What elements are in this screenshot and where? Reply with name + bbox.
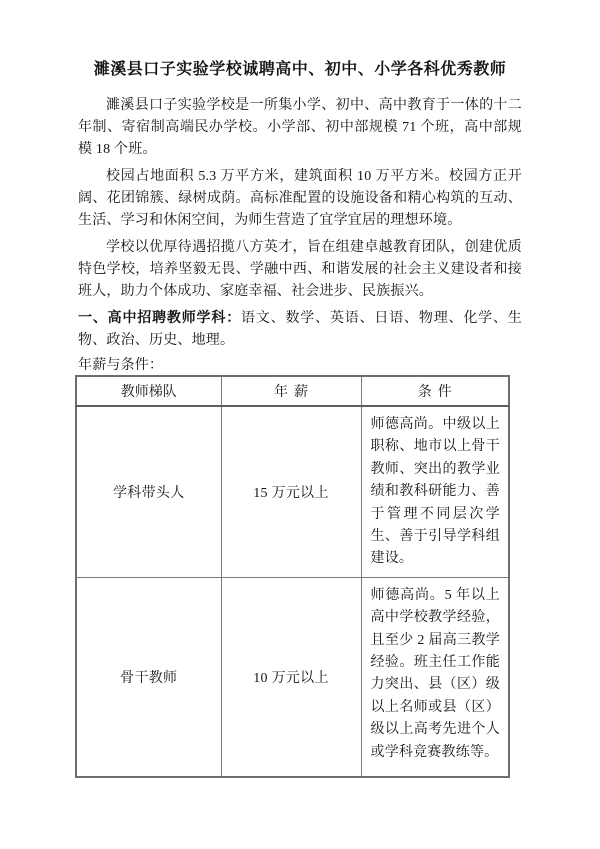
column-header-conditions: 条件 <box>361 376 509 406</box>
tier-cell: 骨干教师 <box>76 577 221 777</box>
document-page: 濉溪县口子实验学校诚聘高中、初中、小学各科优秀教师 濉溪县口子实验学校是一所集小… <box>0 0 600 849</box>
document-title: 濉溪县口子实验学校诚聘高中、初中、小学各科优秀教师 <box>78 58 522 82</box>
salary-cell: 15 万元以上 <box>221 406 361 577</box>
conditions-cell: 师德高尚。中级以上职称、地市以上骨干教师、突出的教学业绩和教科研能力、善于管理不… <box>361 406 509 577</box>
paragraph-mission: 学校以优厚待遇招揽八方英才，旨在组建卓越教育团队，创建优质特色学校，培养坚毅无畏… <box>78 237 522 303</box>
paragraph-campus: 校园占地面积 5.3 万平方米，建筑面积 10 万平方米。校园方正开阔、花团锦簇… <box>78 166 522 232</box>
section-recruit-subjects: 一、高中招聘教师学科：语文、数学、英语、日语、物理、化学、生物、政治、历史、地理… <box>78 308 522 352</box>
table-row-backbone-teacher: 骨干教师 10 万元以上 师德高尚。5 年以上高中学校教学经验，且至少 2 届高… <box>76 577 509 777</box>
salary-table-caption: 年薪与条件： <box>78 357 522 375</box>
column-header-annual-salary: 年薪 <box>221 376 361 406</box>
section-heading: 一、高中招聘教师学科： <box>78 311 241 326</box>
table-header-row: 教师梯队 年薪 条件 <box>76 376 509 406</box>
conditions-cell: 师德高尚。5 年以上高中学校教学经验，且至少 2 届高三教学经验。班主任工作能力… <box>361 577 509 777</box>
table-row-subject-leader: 学科带头人 15 万元以上 师德高尚。中级以上职称、地市以上骨干教师、突出的教学… <box>76 406 509 577</box>
tier-cell: 学科带头人 <box>76 406 221 577</box>
salary-cell: 10 万元以上 <box>221 577 361 777</box>
document-content: 濉溪县口子实验学校诚聘高中、初中、小学各科优秀教师 濉溪县口子实验学校是一所集小… <box>0 0 600 778</box>
paragraph-school-intro: 濉溪县口子实验学校是一所集小学、初中、高中教育于一体的十二年制、寄宿制高端民办学… <box>78 95 522 161</box>
column-header-teacher-tier: 教师梯队 <box>76 376 221 406</box>
salary-conditions-table: 教师梯队 年薪 条件 学科带头人 15 万元以上 师德高尚。中级以上职称、地市以… <box>75 375 510 778</box>
